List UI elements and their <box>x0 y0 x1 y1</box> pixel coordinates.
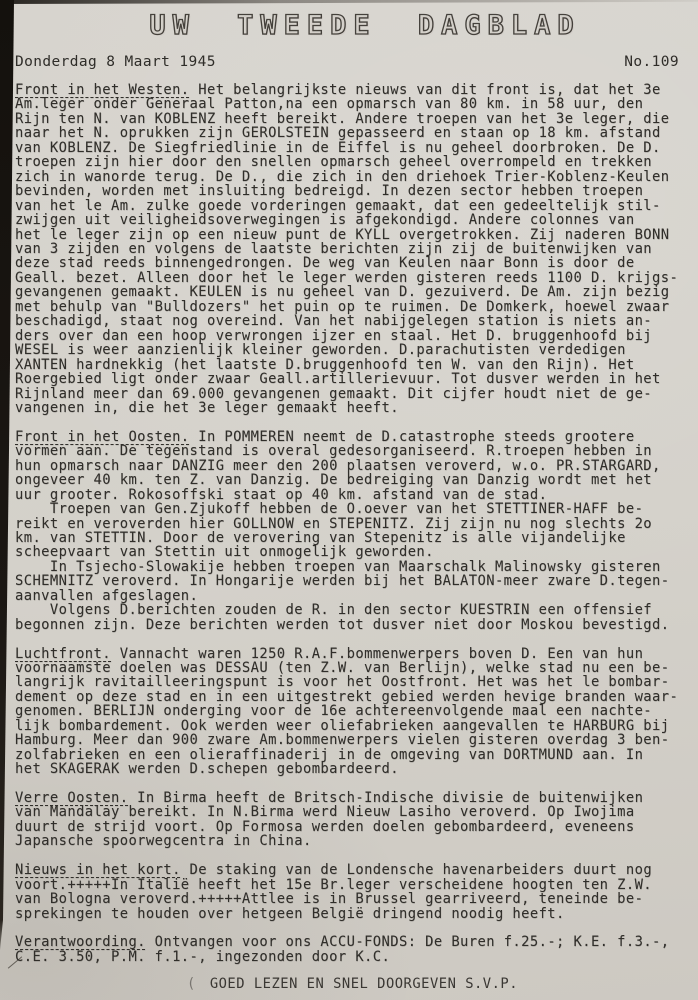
section-front-oosten: Front in het Oosten. In POMMEREN neemt d… <box>15 430 685 632</box>
footer-slogan-text: GOED LEZEN EN SNEL DOORGEVEN S.V.P. <box>210 976 518 992</box>
section-nieuws-in-het-kort: Nieuws in het kort. De staking van de Lo… <box>15 863 685 921</box>
section-body: Het belangrijkste nieuws van dit front i… <box>15 82 678 416</box>
section-luchtfront: Luchtfront. Vannacht waren 1250 R.A.F.bo… <box>15 647 685 777</box>
newspaper-title: UW TWEEDE DAGBLAD <box>45 10 685 41</box>
section-body: Vannacht waren 1250 R.A.F.bommenwerpers … <box>15 646 678 778</box>
photo-edge-left <box>0 0 16 1000</box>
section-body: In POMMEREN neemt de D.catastrophe steed… <box>15 429 669 633</box>
issue-number: No.109 <box>624 54 679 70</box>
dateline: Donderdag 8 Maart 1945 No.109 <box>15 54 685 70</box>
page-content: UW TWEEDE DAGBLAD Donderdag 8 Maart 1945… <box>15 6 685 992</box>
article-body: Front in het Westen. Het belangrijkste n… <box>15 83 685 964</box>
stray-parenthesis-mark: ( <box>187 976 196 992</box>
photo-edge-top <box>0 0 698 4</box>
section-front-westen: Front in het Westen. Het belangrijkste n… <box>15 83 685 415</box>
newspaper-page: UW TWEEDE DAGBLAD Donderdag 8 Maart 1945… <box>0 0 698 1000</box>
footer-slogan: (GOED LEZEN EN SNEL DOORGEVEN S.V.P. <box>15 976 685 992</box>
section-verantwoording: Verantwoording. Ontvangen voor ons ACCU-… <box>15 935 685 964</box>
publication-date: Donderdag 8 Maart 1945 <box>15 54 216 70</box>
section-verre-oosten: Verre Oosten. In Birma heeft de Britsch-… <box>15 791 685 849</box>
